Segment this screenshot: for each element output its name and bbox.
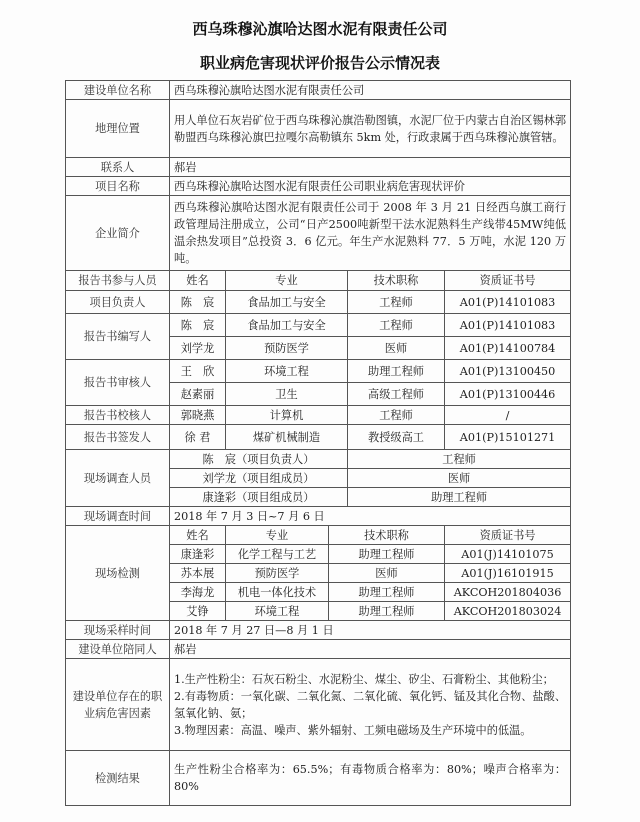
row-survey-staff: 现场调查人员 陈 宸（项目负责人） 工程师 xyxy=(66,450,571,469)
role-label: 项目负责人 xyxy=(66,291,170,314)
header-name: 姓名 xyxy=(170,526,226,545)
survey-staff-label: 现场调查人员 xyxy=(66,450,170,507)
header-major: 专业 xyxy=(226,271,348,291)
person-cert: AKCOH201804036 xyxy=(445,583,571,602)
role-label: 报告书编写人 xyxy=(66,314,170,360)
row-results: 检测结果 生产性粉尘合格率为：65.5%；有毒物质合格率为：80%；噪声合格率为… xyxy=(66,751,571,806)
person-cert: A01(P)14101083 xyxy=(445,291,571,314)
row-report-issuer: 报告书签发人 徐 君 煤矿机械制造 教授级高工 A01(P)15101271 xyxy=(66,425,571,450)
escort-value: 郝岩 xyxy=(170,640,571,659)
escort-label: 建设单位陪同人 xyxy=(66,640,170,659)
row-survey-time: 现场调查时间 2018 年 7 月 3 日~7 月 6 日 xyxy=(66,507,571,526)
person-name: 赵素丽 xyxy=(170,383,226,406)
person-cert: A01(P)13100446 xyxy=(445,383,571,406)
role-label: 报告书签发人 xyxy=(66,425,170,450)
person-cert: A01(J)16101915 xyxy=(445,564,571,583)
row-detection-header: 现场检测 姓名 专业 技术职称 资质证书号 xyxy=(66,526,571,545)
person-title: 工程师 xyxy=(348,291,445,314)
person-major: 环境工程 xyxy=(226,602,329,621)
person-name: 艾铮 xyxy=(170,602,226,621)
row-unit-name: 建设单位名称 西乌珠穆沁旗哈达图水泥有限责任公司 xyxy=(66,81,571,100)
person-major: 化学工程与工艺 xyxy=(226,545,329,564)
person-name: 李海龙 xyxy=(170,583,226,602)
person-title: 医师 xyxy=(329,564,445,583)
row-sampling-time: 现场采样时间 2018 年 7 月 27 日—8 月 1 日 xyxy=(66,621,571,640)
person-cert: A01(P)14100784 xyxy=(445,337,571,360)
role-label: 报告书审核人 xyxy=(66,360,170,406)
person-major: 卫生 xyxy=(226,383,348,406)
header-cert: 资质证书号 xyxy=(445,271,571,291)
person-title: 医师 xyxy=(348,337,445,360)
profile-value: 西乌珠穆沁旗哈达图水泥有限责任公司于 2008 年 3 月 21 日经西乌旗工商… xyxy=(170,196,571,271)
profile-label: 企业简介 xyxy=(66,196,170,271)
location-value: 用人单位石灰岩矿位于西乌珠穆沁旗浩勒图镇，水泥厂位于内蒙古自治区锡林郭勒盟西乌珠… xyxy=(170,100,571,158)
person-major: 预防医学 xyxy=(226,337,348,360)
person-cert: / xyxy=(445,406,571,425)
row-report-checker: 报告书校核人 郭晓燕 计算机 工程师 / xyxy=(66,406,571,425)
person-title: 工程师 xyxy=(348,406,445,425)
survey-staff-title: 助理工程师 xyxy=(348,488,571,507)
hazard-item-physical: 3.物理因素：高温、噪声、紫外辐射、工频电磁场及生产环境中的低温。 xyxy=(174,722,566,739)
row-project-lead: 项目负责人 陈 宸 食品加工与安全 工程师 A01(P)14101083 xyxy=(66,291,571,314)
person-title: 助理工程师 xyxy=(329,602,445,621)
row-location: 地理位置 用人单位石灰岩矿位于西乌珠穆沁旗浩勒图镇，水泥厂位于内蒙古自治区锡林郭… xyxy=(66,100,571,158)
results-value: 生产性粉尘合格率为：65.5%；有毒物质合格率为：80%；噪声合格率为：80% xyxy=(170,751,571,806)
project-label: 项目名称 xyxy=(66,177,170,196)
row-project: 项目名称 西乌珠穆沁旗哈达图水泥有限责任公司职业病危害现状评价 xyxy=(66,177,571,196)
survey-staff-name: 刘学龙（项目组成员） xyxy=(170,469,348,488)
header-cert: 资质证书号 xyxy=(445,526,571,545)
person-name: 苏本展 xyxy=(170,564,226,583)
header-name: 姓名 xyxy=(170,271,226,291)
person-title: 工程师 xyxy=(348,314,445,337)
survey-staff-name: 康逢彩（项目组成员） xyxy=(170,488,348,507)
survey-staff-title: 工程师 xyxy=(348,450,571,469)
location-label: 地理位置 xyxy=(66,100,170,158)
contact-value: 郝岩 xyxy=(170,158,571,177)
row-profile: 企业简介 西乌珠穆沁旗哈达图水泥有限责任公司于 2008 年 3 月 21 日经… xyxy=(66,196,571,271)
form-title: 职业病危害现状评价报告公示情况表 xyxy=(0,52,640,73)
header-major: 专业 xyxy=(226,526,329,545)
detection-label: 现场检测 xyxy=(66,526,170,621)
person-major: 计算机 xyxy=(226,406,348,425)
unit-name-value: 西乌珠穆沁旗哈达图水泥有限责任公司 xyxy=(170,81,571,100)
person-name: 刘学龙 xyxy=(170,337,226,360)
person-major: 环境工程 xyxy=(226,360,348,383)
row-escort: 建设单位陪同人 郝岩 xyxy=(66,640,571,659)
company-title: 西乌珠穆沁旗哈达图水泥有限责任公司 xyxy=(0,18,640,39)
person-title: 助理工程师 xyxy=(329,545,445,564)
person-major: 预防医学 xyxy=(226,564,329,583)
person-cert: AKCOH201803024 xyxy=(445,602,571,621)
person-name: 康逢彩 xyxy=(170,545,226,564)
person-name: 陈 宸 xyxy=(170,314,226,337)
hazards-list: 1.生产性粉尘：石灰石粉尘、水泥粉尘、煤尘、矽尘、石膏粉尘、其他粉尘； 2.有毒… xyxy=(170,659,571,751)
row-contact: 联系人 郝岩 xyxy=(66,158,571,177)
row-personnel-header: 报告书参与人员 姓名 专业 技术职称 资质证书号 xyxy=(66,271,571,291)
survey-time-label: 现场调查时间 xyxy=(66,507,170,526)
person-cert: A01(P)15101271 xyxy=(445,425,571,450)
contact-label: 联系人 xyxy=(66,158,170,177)
row-report-writer: 报告书编写人 陈 宸 食品加工与安全 工程师 A01(P)14101083 xyxy=(66,314,571,337)
header-title: 技术职称 xyxy=(329,526,445,545)
person-name: 王 欣 xyxy=(170,360,226,383)
project-value: 西乌珠穆沁旗哈达图水泥有限责任公司职业病危害现状评价 xyxy=(170,177,571,196)
person-major: 煤矿机械制造 xyxy=(226,425,348,450)
hazard-item-dust: 1.生产性粉尘：石灰石粉尘、水泥粉尘、煤尘、矽尘、石膏粉尘、其他粉尘； xyxy=(174,671,566,688)
row-report-reviewer: 报告书审核人 王 欣 环境工程 助理工程师 A01(P)13100450 xyxy=(66,360,571,383)
survey-staff-title: 医师 xyxy=(348,469,571,488)
person-title: 教授级高工 xyxy=(348,425,445,450)
sampling-time-label: 现场采样时间 xyxy=(66,621,170,640)
person-cert: A01(P)13100450 xyxy=(445,360,571,383)
person-title: 助理工程师 xyxy=(348,360,445,383)
unit-name-label: 建设单位名称 xyxy=(66,81,170,100)
hazards-label: 建设单位存在的职业病危害因素 xyxy=(66,659,170,751)
person-major: 食品加工与安全 xyxy=(226,314,348,337)
survey-time-value: 2018 年 7 月 3 日~7 月 6 日 xyxy=(170,507,571,526)
person-name: 徐 君 xyxy=(170,425,226,450)
person-cert: A01(J)14101075 xyxy=(445,545,571,564)
disclosure-table: 建设单位名称 西乌珠穆沁旗哈达图水泥有限责任公司 地理位置 用人单位石灰岩矿位于… xyxy=(65,80,571,806)
person-name: 陈 宸 xyxy=(170,291,226,314)
header-title: 技术职称 xyxy=(348,271,445,291)
person-title: 助理工程师 xyxy=(329,583,445,602)
survey-staff-name: 陈 宸（项目负责人） xyxy=(170,450,348,469)
person-major: 食品加工与安全 xyxy=(226,291,348,314)
person-title: 高级工程师 xyxy=(348,383,445,406)
person-name: 郭晓燕 xyxy=(170,406,226,425)
hazard-item-toxic: 2.有毒物质：一氧化碳、二氧化氮、二氧化硫、氧化钙、锰及其化合物、盐酸、氢氧化钠… xyxy=(174,688,566,722)
sampling-time-value: 2018 年 7 月 27 日—8 月 1 日 xyxy=(170,621,571,640)
row-hazards: 建设单位存在的职业病危害因素 1.生产性粉尘：石灰石粉尘、水泥粉尘、煤尘、矽尘、… xyxy=(66,659,571,751)
personnel-section-label: 报告书参与人员 xyxy=(66,271,170,291)
person-cert: A01(P)14101083 xyxy=(445,314,571,337)
results-label: 检测结果 xyxy=(66,751,170,806)
role-label: 报告书校核人 xyxy=(66,406,170,425)
person-major: 机电一体化技术 xyxy=(226,583,329,602)
